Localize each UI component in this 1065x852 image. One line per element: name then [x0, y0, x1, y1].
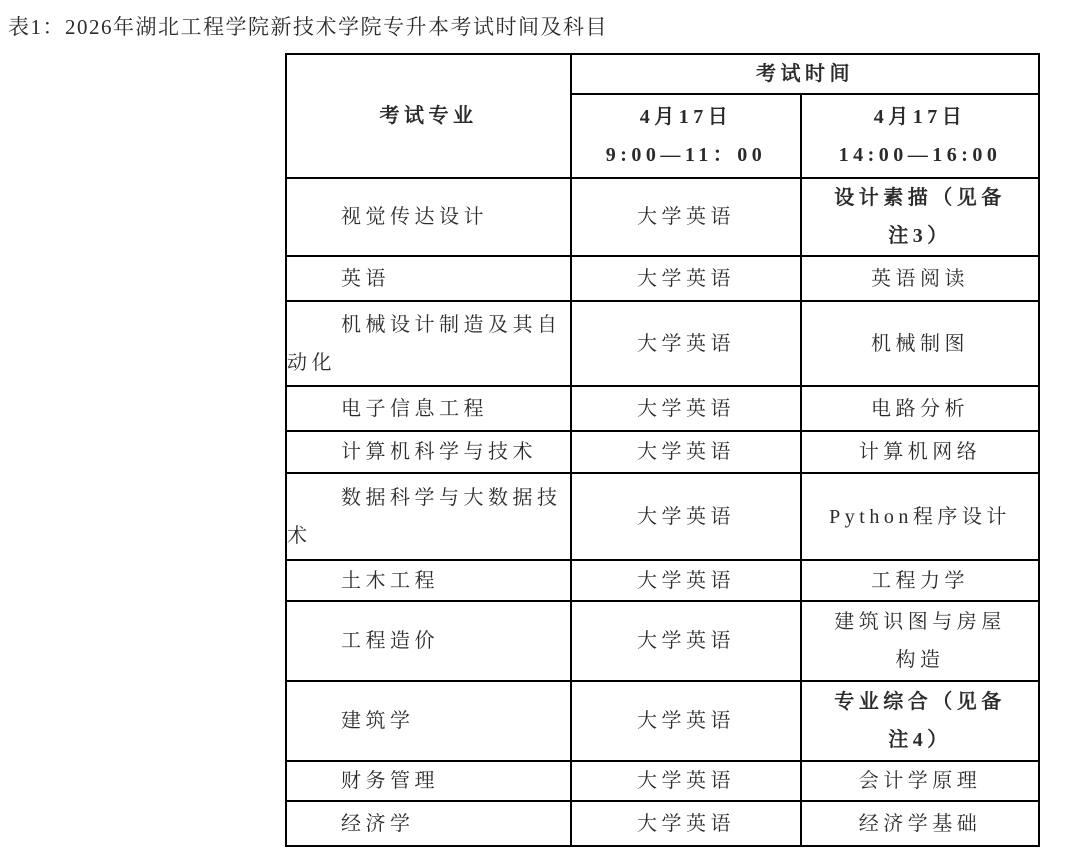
afternoon-subject-cell: 设计素描（见备 注3） [801, 178, 1039, 256]
table-row: 视觉传达设计 大学英语 设计素描（见备 注3） [286, 178, 1039, 256]
major-cell: 视觉传达设计 [286, 178, 571, 256]
table-row: 计算机科学与技术 大学英语 计算机网络 [286, 431, 1039, 473]
table-row: 工程造价 大学英语 建筑识图与房屋 构造 [286, 601, 1039, 681]
column-header-session-afternoon: 4月17日 14:00—16:00 [801, 94, 1039, 178]
afternoon-subject-cell: 会计学原理 [801, 761, 1039, 801]
morning-subject-cell: 大学英语 [571, 560, 801, 601]
afternoon-subject-cell: Python程序设计 [801, 473, 1039, 560]
table-caption: 表1：2026年湖北工程学院新技术学院专升本考试时间及科目 [8, 11, 608, 41]
major-cell: 财务管理 [286, 761, 571, 801]
major-cell: 数据科学与大数据技 术 [286, 473, 571, 560]
afternoon-subject-cell: 机械制图 [801, 301, 1039, 386]
afternoon-subject-cell: 计算机网络 [801, 431, 1039, 473]
major-cell: 建筑学 [286, 681, 571, 761]
morning-subject-cell: 大学英语 [571, 386, 801, 431]
major-cell: 机械设计制造及其自 动化 [286, 301, 571, 386]
afternoon-subject-cell: 电路分析 [801, 386, 1039, 431]
major-cell: 经济学 [286, 801, 571, 846]
major-cell: 工程造价 [286, 601, 571, 681]
table-row: 英语 大学英语 英语阅读 [286, 256, 1039, 301]
table-row: 数据科学与大数据技 术 大学英语 Python程序设计 [286, 473, 1039, 560]
table-row: 建筑学 大学英语 专业综合（见备 注4） [286, 681, 1039, 761]
morning-subject-cell: 大学英语 [571, 473, 801, 560]
morning-subject-cell: 大学英语 [571, 256, 801, 301]
table-row: 土木工程 大学英语 工程力学 [286, 560, 1039, 601]
morning-subject-cell: 大学英语 [571, 761, 801, 801]
column-header-exam-major: 考试专业 [286, 54, 571, 178]
morning-subject-cell: 大学英语 [571, 301, 801, 386]
morning-subject-cell: 大学英语 [571, 601, 801, 681]
header-row-top: 考试专业 考试时间 [286, 54, 1039, 94]
afternoon-subject-cell: 建筑识图与房屋 构造 [801, 601, 1039, 681]
column-header-exam-time: 考试时间 [571, 54, 1039, 94]
table-row: 经济学 大学英语 经济学基础 [286, 801, 1039, 846]
morning-subject-cell: 大学英语 [571, 178, 801, 256]
document-page: 表1：2026年湖北工程学院新技术学院专升本考试时间及科目 考试专业 考试时间 … [0, 0, 1065, 852]
exam-schedule-table: 考试专业 考试时间 4月17日 9:00—11：00 4月17日 14:00—1… [285, 53, 1040, 847]
table-row: 机械设计制造及其自 动化 大学英语 机械制图 [286, 301, 1039, 386]
major-cell: 英语 [286, 256, 571, 301]
table-row: 电子信息工程 大学英语 电路分析 [286, 386, 1039, 431]
table-row: 财务管理 大学英语 会计学原理 [286, 761, 1039, 801]
major-cell: 电子信息工程 [286, 386, 571, 431]
morning-subject-cell: 大学英语 [571, 681, 801, 761]
major-cell: 计算机科学与技术 [286, 431, 571, 473]
afternoon-subject-cell: 专业综合（见备 注4） [801, 681, 1039, 761]
afternoon-subject-cell: 英语阅读 [801, 256, 1039, 301]
morning-subject-cell: 大学英语 [571, 801, 801, 846]
major-cell: 土木工程 [286, 560, 571, 601]
afternoon-subject-cell: 经济学基础 [801, 801, 1039, 846]
afternoon-subject-cell: 工程力学 [801, 560, 1039, 601]
column-header-session-morning: 4月17日 9:00—11：00 [571, 94, 801, 178]
morning-subject-cell: 大学英语 [571, 431, 801, 473]
